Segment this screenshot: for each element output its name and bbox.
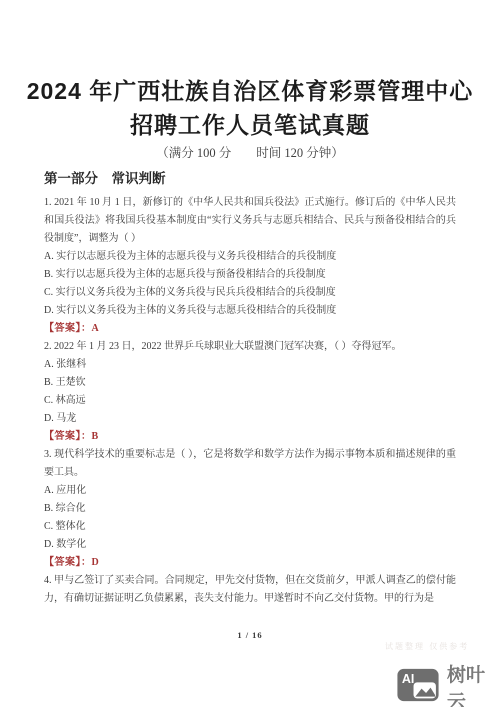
questions-content: 1. 2021 年 10 月 1 日，新修订的《中华人民共和国兵役法》正式施行。… — [0, 194, 500, 608]
answer-line: 【答案】：B — [44, 428, 456, 446]
question-stem: 3. 现代科学技术的重要标志是（ ），它是将数学和数学方法作为揭示事物本质和描述… — [44, 446, 456, 482]
option-b: B. 王楚钦 — [44, 374, 456, 392]
option-a: A. 实行以志愿兵役为主体的志愿兵役与义务兵役相结合的兵役制度 — [44, 248, 456, 266]
svg-text:AI: AI — [402, 672, 415, 686]
option-d: D. 实行以义务兵役为主体的义务兵役与志愿兵役相结合的兵役制度 — [44, 302, 456, 320]
option-c: C. 实行以义务兵役为主体的义务兵役与民兵兵役相结合的兵役制度 — [44, 284, 456, 302]
answer-line: 【答案】：A — [44, 320, 456, 338]
ai-image-icon: AI — [396, 668, 440, 707]
document-title-line2: 招聘工作人员笔试真题 — [0, 108, 500, 142]
question-1: 1. 2021 年 10 月 1 日，新修订的《中华人民共和国兵役法》正式施行。… — [44, 194, 456, 338]
option-b: B. 实行以志愿兵役为主体的志愿兵役与预备役相结合的兵役制度 — [44, 266, 456, 284]
option-a: A. 应用化 — [44, 482, 456, 500]
watermark-logo-label: 树叶云 — [447, 660, 500, 707]
option-c: C. 林高远 — [44, 392, 456, 410]
option-d: D. 马龙 — [44, 410, 456, 428]
option-a: A. 张继科 — [44, 356, 456, 374]
question-stem: 2. 2022 年 1 月 23 日，2022 世界乒乓球职业大联盟澳门冠军决赛… — [44, 338, 456, 356]
question-2: 2. 2022 年 1 月 23 日，2022 世界乒乓球职业大联盟澳门冠军决赛… — [44, 338, 456, 446]
answer-line: 【答案】：D — [44, 554, 456, 572]
question-stem: 4. 甲与乙签订了买卖合同。合同规定，甲先交付货物，但在交货前夕，甲派人调查乙的… — [44, 572, 456, 608]
watermark-logo: AI 树叶云 — [396, 660, 500, 707]
option-c: C. 整体化 — [44, 518, 456, 536]
option-d: D. 数学化 — [44, 536, 456, 554]
question-3: 3. 现代科学技术的重要标志是（ ），它是将数学和数学方法作为揭示事物本质和描述… — [44, 446, 456, 572]
exam-score-time-subtitle: （满分 100 分 时间 120 分钟） — [0, 144, 500, 162]
exam-document-page: 2024 年广西壮族自治区体育彩票管理中心 招聘工作人员笔试真题 （满分 100… — [0, 74, 500, 608]
document-title-line1: 2024 年广西壮族自治区体育彩票管理中心 — [0, 74, 500, 108]
section-header: 第一部分 常识判断 — [0, 170, 500, 188]
faint-watermark-text: 试题整理 仅供参考 — [385, 641, 469, 652]
question-stem: 1. 2021 年 10 月 1 日，新修订的《中华人民共和国兵役法》正式施行。… — [44, 194, 456, 248]
question-4: 4. 甲与乙签订了买卖合同。合同规定，甲先交付货物，但在交货前夕，甲派人调查乙的… — [44, 572, 456, 608]
page-number: 1 / 16 — [0, 630, 500, 640]
option-b: B. 综合化 — [44, 500, 456, 518]
document-title: 2024 年广西壮族自治区体育彩票管理中心 招聘工作人员笔试真题 — [0, 74, 500, 142]
